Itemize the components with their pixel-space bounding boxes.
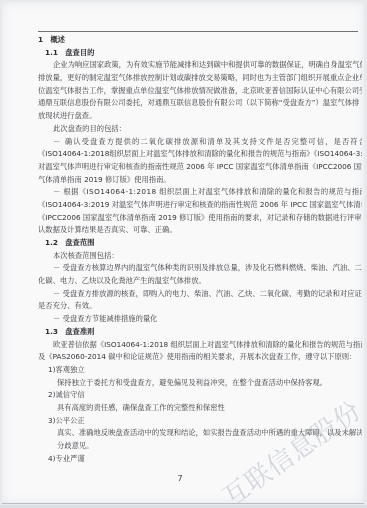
list-item: － 受盘查方核算边界内的温室气体种类的识别及排放总量，涉及化石燃料燃烧、柴油、汽… — [38, 262, 362, 275]
text-line: 是否充分、有效。 — [38, 300, 362, 313]
text-line: 排放量，更好的制定温室气体排放控制计划或碳排放交易策略，同时也为主管部门组织开展… — [38, 72, 362, 85]
text-line: 《ISO14064-1:2018组织层面上对温室气体排放和清除的量化和报告的规范… — [38, 148, 362, 161]
text-line: 保持独立于委托方和受盘查方，避免偏见及利益冲突，在整个盘查活动中保持客观。 — [38, 377, 362, 390]
section-heading: 1 概述 — [38, 34, 362, 47]
principle-heading: 4)专业严谨 — [38, 453, 362, 466]
text-line: 放现状进行盘查。 — [38, 110, 362, 123]
principle-heading: 2)诚信守信 — [38, 389, 362, 402]
document-body: 1 概述1.1 盘查目的企业为响应国家政策，为有效实施节能减排和达到碳中和提供可… — [38, 34, 362, 465]
text-line: 本次核查范围包括： — [38, 250, 362, 263]
list-item: － 受盘查方节能减排措施的量化 — [38, 313, 362, 326]
header-rule — [38, 31, 358, 32]
scanned-page: 1 概述1.1 盘查目的企业为响应国家政策，为有效实施节能减排和达到碳中和提供可… — [2, 2, 364, 504]
subsection-heading: 1.2 盘查范围 — [38, 237, 362, 250]
text-line: 气体清单指南 2019 修订版》使用指南。 — [38, 174, 362, 187]
text-line: 此次盘查的目的包括： — [38, 123, 362, 136]
text-line: 《ISO14064-3:2019 对温室气体声明进行审定和核查的指南性规范 20… — [38, 199, 362, 212]
text-line: 分歧意见。 — [38, 440, 362, 453]
principle-heading: 1)客观独立 — [38, 364, 362, 377]
principle-heading: 3)公平公正 — [38, 415, 362, 428]
text-line: 欧亚普信依据《ISO14064-1:2018 组织层面上对温室气体排放和清除的量… — [38, 339, 362, 352]
list-item: － 受盘查方排放源的核查，即购入的电力、柴油、汽油、乙炔、二氧化碳、考勤的记录和… — [38, 288, 362, 301]
text-line: 认数据及计算结果是否真实、可靠、正确。 — [38, 224, 362, 237]
page-number: 7 — [170, 474, 190, 483]
text-line: 企业为响应国家政策，为有效实施节能减排和达到碳中和提供可靠的数据保证，明确自身温… — [38, 59, 362, 72]
text-line: 对温室气体声明进行审定和核查的指南性规范 2006 年 IPCC 国家温室气体清… — [38, 161, 362, 174]
text-line: 《IPCC2006 国家温室气体清单指南 2019 修订版》使用指南的要求，对记… — [38, 212, 362, 225]
text-line: 通鼎互联信息股份有限公司委托，对通鼎互联信息股份有限公司（以下简称“受盘查方”）… — [38, 97, 362, 110]
subsection-heading: 1.3 盘查准则 — [38, 326, 362, 339]
subsection-heading: 1.1 盘查目的 — [38, 47, 362, 60]
text-line: 具有高度的责任感，确保盘查工作的完整性和保密性 — [38, 402, 362, 415]
text-line: 及《PAS2060-2014 碳中和论证规范》使用指南的相关要求，开展本次盘查工… — [38, 351, 362, 364]
text-line: 真实、准确地反映盘查活动中的发现和结论，如实报告盘查活动中所遇的重大障碍，以及未… — [38, 427, 362, 440]
text-line: 化碳、电力、乙炔以及化粪池产生的温室气体排放。 — [38, 275, 362, 288]
list-item: － 根据《ISO14064-1:2018 组织层面上对温室气体排放和清除的量化和… — [38, 186, 362, 199]
list-item: － 确认受盘查方提供的二氧化碳排放源和清单及其支持文件是否完整可信，是否符合 — [38, 136, 362, 149]
text-line: 位温室气体报告工作，掌握重点单位温室气体排放情况做准备，北京欧亚普信国际认证中心… — [38, 85, 362, 98]
